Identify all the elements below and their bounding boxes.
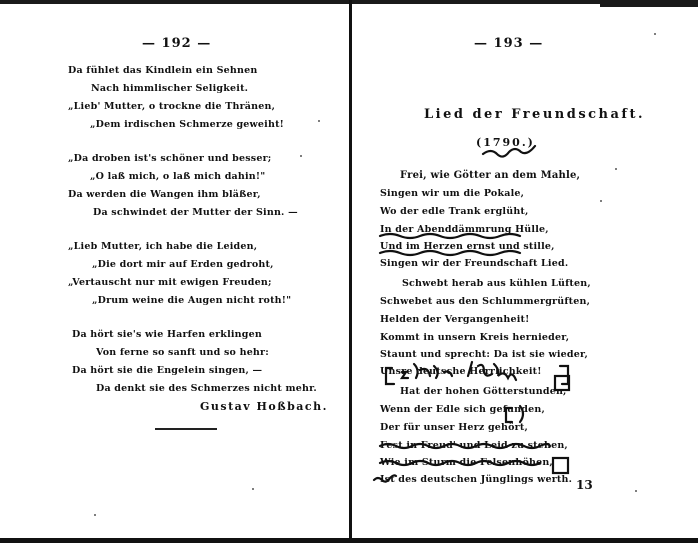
- verse-line: Nach himmlischer Seligkeit.: [91, 83, 248, 94]
- verse-line: Wie im Sturm die Felsenhöhen,: [380, 457, 553, 468]
- scan-speck: [600, 200, 602, 202]
- verse-line: „Lieb Mutter, ich habe die Leiden,: [68, 241, 257, 252]
- poem-title: Lied der Freundschaft.: [424, 107, 645, 122]
- verse-line: Frei, wie Götter an dem Mahle,: [400, 170, 580, 181]
- verse-line: Unsre deutsche Herrlichkeit!: [380, 366, 542, 377]
- page-number: — 193 —: [474, 36, 543, 51]
- verse-line: „Da droben ist's schöner und besser;: [68, 153, 272, 164]
- scan-speck: [635, 490, 637, 492]
- verse-line: Staunt und sprecht: Da ist sie wieder,: [380, 349, 588, 360]
- scan-speck: [94, 514, 96, 516]
- verse-line: Schwebet aus den Schlummergrüften,: [380, 296, 590, 307]
- poem-year: (1790.): [476, 136, 535, 149]
- author-signature: Gustav Hoßbach.: [200, 400, 328, 413]
- verse-line: Da fühlet das Kindlein ein Sehnen: [68, 65, 257, 76]
- signature-mark: 13: [576, 478, 593, 492]
- verse-line: Singen wir um die Pokale,: [380, 188, 524, 199]
- right-page: — 193 — Lied der Freundschaft. (1790.) F…: [352, 0, 698, 538]
- section-rule: [155, 428, 217, 430]
- scan-speck: [654, 33, 656, 35]
- verse-line: Hat der hohen Götterstunden,: [400, 386, 567, 397]
- verse-line: Wenn der Edle sich gefunden,: [380, 404, 545, 415]
- verse-line: „Vertauscht nur mit ewigen Freuden;: [68, 277, 272, 288]
- scan-speck: [615, 168, 617, 170]
- verse-line: Kommt in unsern Kreis hernieder,: [380, 332, 569, 343]
- verse-line: Fest in Freud' und Leid zu stehen,: [380, 440, 568, 451]
- verse-line: In der Abenddämmrung Hülle,: [380, 224, 549, 235]
- verse-line: Da hört sie die Engelein singen, —: [72, 365, 262, 376]
- verse-line: Schwebt herab aus kühlen Lüften,: [402, 278, 591, 289]
- left-page: — 192 — Da fühlet das Kindlein ein Sehne…: [0, 0, 349, 538]
- verse-line: Da hört sie's wie Harfen erklingen: [72, 329, 262, 340]
- verse-line: Da schwindet der Mutter der Sinn. —: [93, 207, 298, 218]
- verse-line: „Die dort mir auf Erden gedroht,: [92, 259, 274, 270]
- verse-line: Ist des deutschen Jünglings werth.: [380, 474, 572, 485]
- verse-line: „Dem irdischen Schmerze geweiht!: [90, 119, 284, 130]
- verse-line: Von ferne so sanft und so hehr:: [96, 347, 269, 358]
- verse-line: „Drum weine die Augen nicht roth!": [92, 295, 291, 306]
- verse-line: Da werden die Wangen ihm bläßer,: [68, 189, 261, 200]
- scan-speck: [252, 488, 254, 490]
- verse-line: Und im Herzen ernst und stille,: [380, 241, 555, 252]
- verse-line: Singen wir der Freundschaft Lied.: [380, 258, 568, 269]
- page-number: — 192 —: [142, 36, 211, 51]
- verse-line: „O laß mich, o laß mich dahin!": [90, 171, 265, 182]
- verse-line: Helden der Vergangenheit!: [380, 314, 530, 325]
- scan-speck: [318, 120, 320, 122]
- verse-line: „Lieb' Mutter, o trockne die Thränen,: [68, 101, 275, 112]
- verse-line: Wo der edle Trank erglüht,: [380, 206, 529, 217]
- verse-line: Da denkt sie des Schmerzes nicht mehr.: [96, 383, 317, 394]
- scan-speck: [300, 155, 302, 157]
- verse-line: Der für unser Herz gehört,: [380, 422, 528, 433]
